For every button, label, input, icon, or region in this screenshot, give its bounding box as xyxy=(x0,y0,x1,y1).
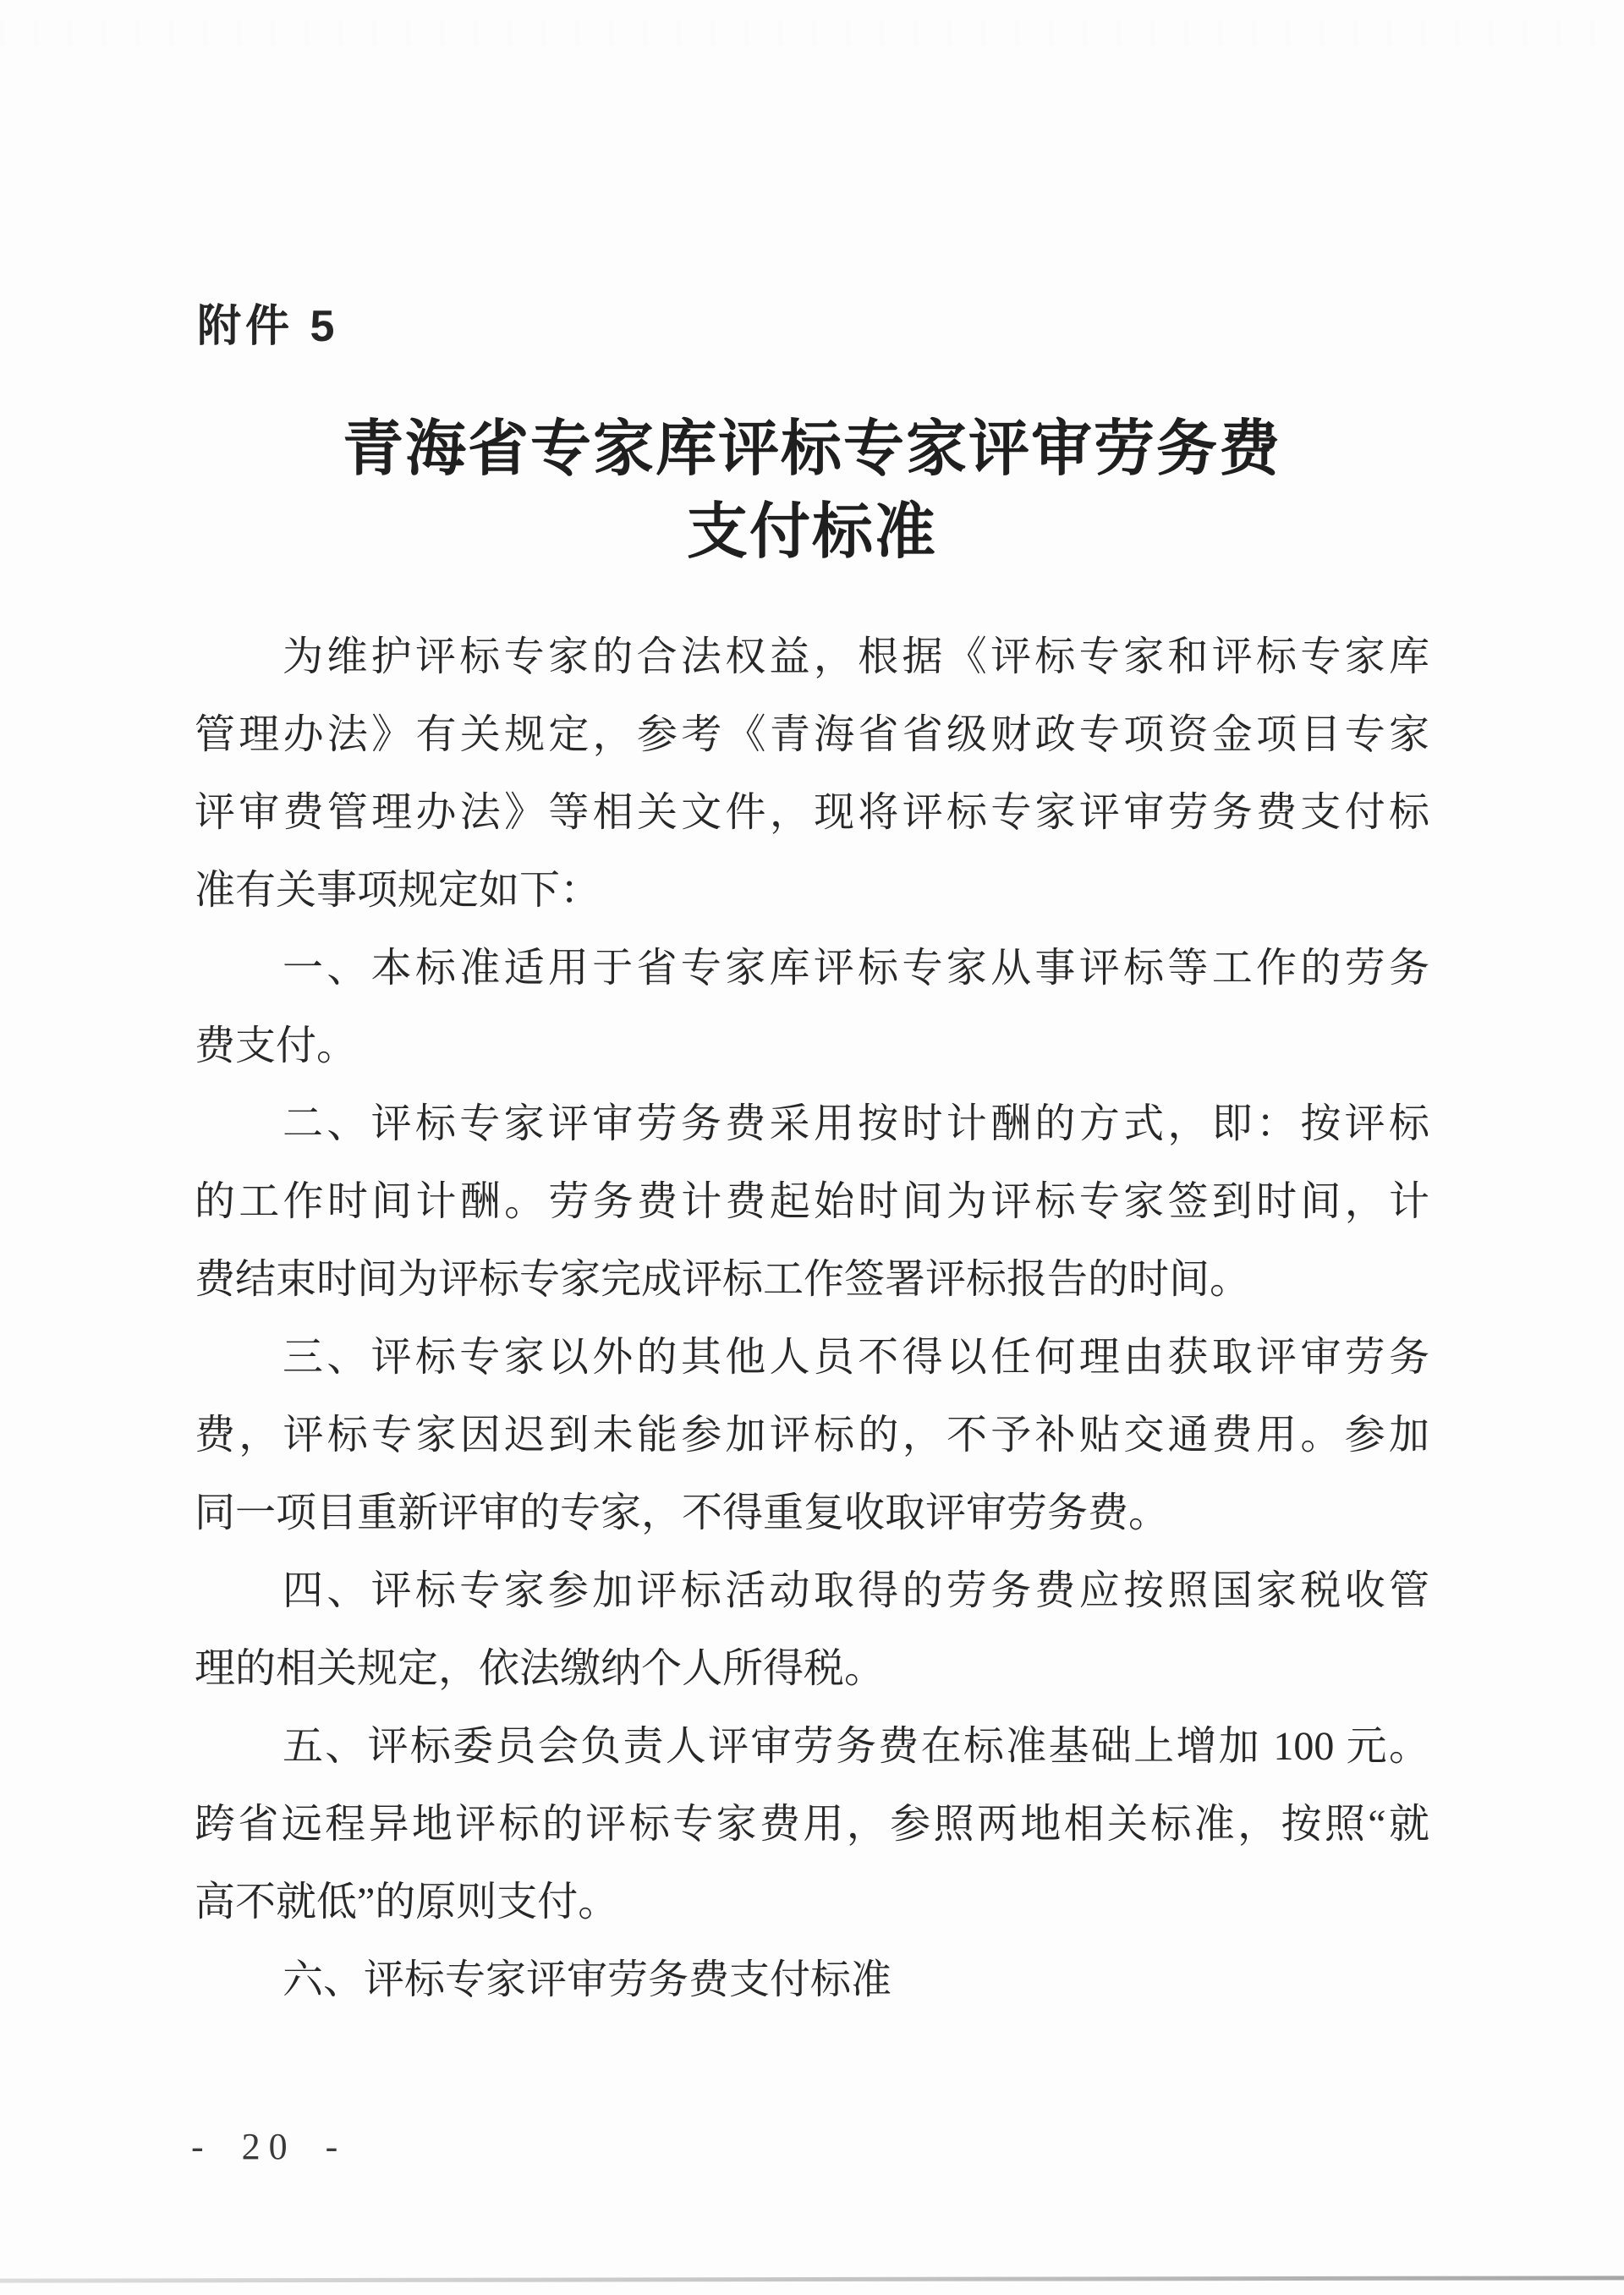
body-line: 同一项目重新评审的专家，不得重复收取评审劳务费。 xyxy=(195,1474,1429,1552)
body-line: 的工作时间计酬。劳务费计费起始时间为评标专家签到时间，计 xyxy=(195,1163,1429,1241)
body-line: 六、评标专家评审劳务费支付标准 xyxy=(195,1941,1429,2019)
scan-noise-artifact xyxy=(0,20,1624,46)
title-line-2: 支付标准 xyxy=(0,491,1624,574)
body-line: 费结束时间为评标专家完成评标工作签署评标报告的时间。 xyxy=(195,1241,1429,1319)
body-line: 管理办法》有关规定，参考《青海省省级财政专项资金项目专家 xyxy=(195,696,1429,774)
body-line: 三、评标专家以外的其他人员不得以任何理由获取评审劳务 xyxy=(195,1319,1429,1397)
body-line: 理的相关规定，依法缴纳个人所得税。 xyxy=(195,1630,1429,1708)
body-line: 五、评标委员会负责人评审劳务费在标准基础上增加 100 元。 xyxy=(195,1708,1429,1786)
page-number: - 20 - xyxy=(191,2125,346,2169)
title-line-1: 青海省专家库评标专家评审劳务费 xyxy=(0,408,1624,491)
body-line: 为维护评标专家的合法权益，根据《评标专家和评标专家库 xyxy=(195,618,1429,696)
body-line: 跨省远程异地评标的评标专家费用，参照两地相关标准，按照“就 xyxy=(195,1786,1429,1864)
body-line: 一、本标准适用于省专家库评标专家从事评标等工作的劳务 xyxy=(195,930,1429,1007)
document-page: 附件 5 青海省专家库评标专家评审劳务费 支付标准 为维护评标专家的合法权益，根… xyxy=(0,0,1624,2295)
body-line: 费，评标专家因迟到未能参加评标的，不予补贴交通费用。参加 xyxy=(195,1397,1429,1474)
document-body: 为维护评标专家的合法权益，根据《评标专家和评标专家库管理办法》有关规定，参考《青… xyxy=(195,618,1429,2019)
body-line: 高不就低”的原则支付。 xyxy=(195,1864,1429,1941)
document-title: 青海省专家库评标专家评审劳务费 支付标准 xyxy=(0,408,1624,574)
body-line: 评审费管理办法》等相关文件，现将评标专家评审劳务费支付标 xyxy=(195,774,1429,852)
body-line: 准有关事项规定如下： xyxy=(195,852,1429,930)
body-line: 费支付。 xyxy=(195,1007,1429,1085)
body-line: 四、评标专家参加评标活动取得的劳务费应按照国家税收管 xyxy=(195,1552,1429,1630)
scan-edge-artifact xyxy=(0,2276,1624,2282)
attachment-label: 附件 5 xyxy=(197,301,338,352)
body-line: 二、评标专家评审劳务费采用按时计酬的方式，即：按评标 xyxy=(195,1085,1429,1163)
